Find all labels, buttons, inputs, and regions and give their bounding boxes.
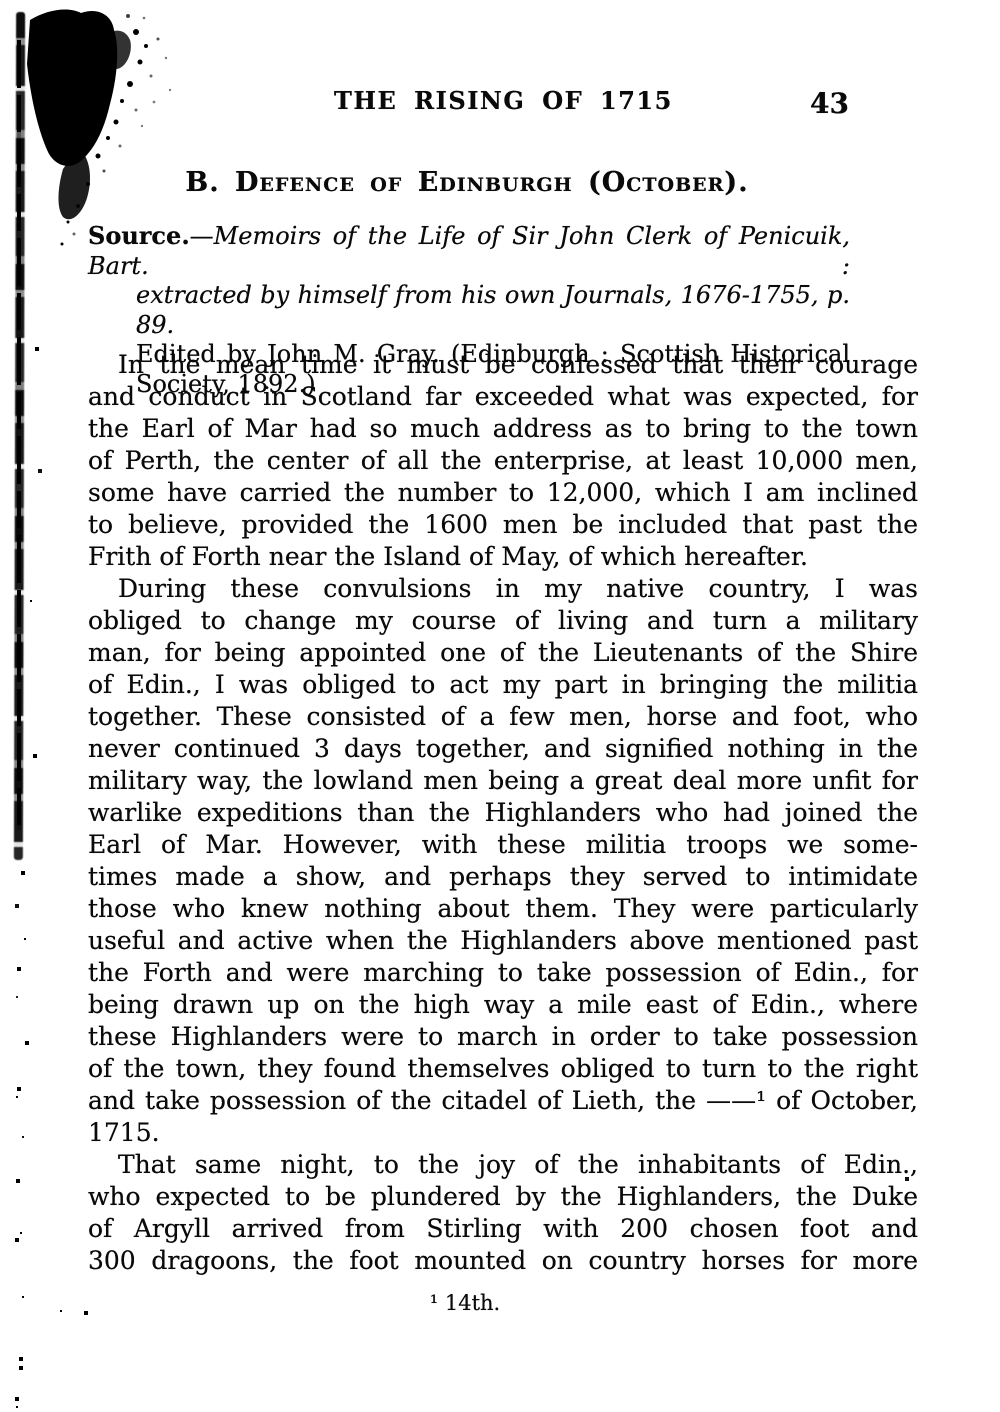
text-line: During these convulsions in my native co… [88, 573, 918, 605]
text-line: man, for being appointed one of the Lieu… [88, 637, 918, 669]
binding-edge-artifact-inner [17, 40, 21, 830]
source-dash: — [190, 222, 214, 250]
text-line: warlike expeditions than the Highlanders… [88, 797, 918, 829]
text-line: Earl of Mar. However, with these militia… [88, 829, 918, 861]
text-line: who expected to be plundered by the High… [88, 1181, 918, 1213]
text-line: That same night, to the joy of the inhab… [88, 1149, 918, 1181]
text-line: military way, the lowland men being a gr… [88, 765, 918, 797]
section-heading: B. Defence of Edinburgh (October). [52, 167, 882, 198]
body-text: In the mean time it must be confessed th… [88, 349, 918, 1277]
text-line: Frith of Forth near the Island of May, o… [88, 541, 918, 573]
ink-blot-artifact [18, 6, 188, 256]
text-line: and take possession of the citadel of Li… [88, 1085, 918, 1117]
text-line: of Edin., I was obliged to act my part i… [88, 669, 918, 701]
paragraph-2: During these convulsions in my native co… [88, 573, 918, 1149]
text-line: to believe, provided the 1600 men be inc… [88, 509, 918, 541]
source-title-part-2: extracted by himself from his own Journa… [136, 281, 850, 339]
text-line: In the mean time it must be confessed th… [88, 349, 918, 381]
running-head-title: THE RISING OF 1715 [334, 86, 673, 115]
source-line-2: extracted by himself from his own Journa… [88, 281, 850, 340]
source-line-1: Source.—Memoirs of the Life of Sir John … [88, 221, 850, 281]
source-label: Source. [88, 221, 190, 250]
text-line: times made a show, and perhaps they serv… [88, 861, 918, 893]
text-line: the Earl of Mar had so much address as t… [88, 413, 918, 445]
text-line: of Argyll arrived from Stirling with 200… [88, 1213, 918, 1245]
text-line: 300 dragoons, the foot mounted on countr… [88, 1245, 918, 1277]
text-line: together. These consisted of a few men, … [88, 701, 918, 733]
text-line: being drawn up on the high way a mile ea… [88, 989, 918, 1021]
running-head: THE RISING OF 1715 43 [0, 86, 1000, 126]
text-line: and conduct in Scotland far exceeded wha… [88, 381, 918, 413]
page-number: 43 [810, 87, 849, 120]
text-line: of Perth, the center of all the enterpri… [88, 445, 918, 477]
footnote: ¹ 14th. [50, 1291, 880, 1315]
text-line: never continued 3 days together, and sig… [88, 733, 918, 765]
scanned-book-page: THE RISING OF 1715 43 B. Defence of Edin… [0, 0, 1000, 1412]
text-line: of the town, they found themselves oblig… [88, 1053, 918, 1085]
text-line: those who knew nothing about them. They … [88, 893, 918, 925]
text-line: 1715. [88, 1117, 918, 1149]
paragraph-1: In the mean time it must be confessed th… [88, 349, 918, 573]
text-line: the Forth and were marching to take poss… [88, 957, 918, 989]
text-line: these Highlanders were to march in order… [88, 1021, 918, 1053]
text-line: obliged to change my course of living an… [88, 605, 918, 637]
text-line: useful and active when the Highlanders a… [88, 925, 918, 957]
paragraph-3: That same night, to the joy of the inhab… [88, 1149, 918, 1277]
text-line: some have carried the number to 12,000, … [88, 477, 918, 509]
margin-speck-artifacts [0, 0, 2, 2]
